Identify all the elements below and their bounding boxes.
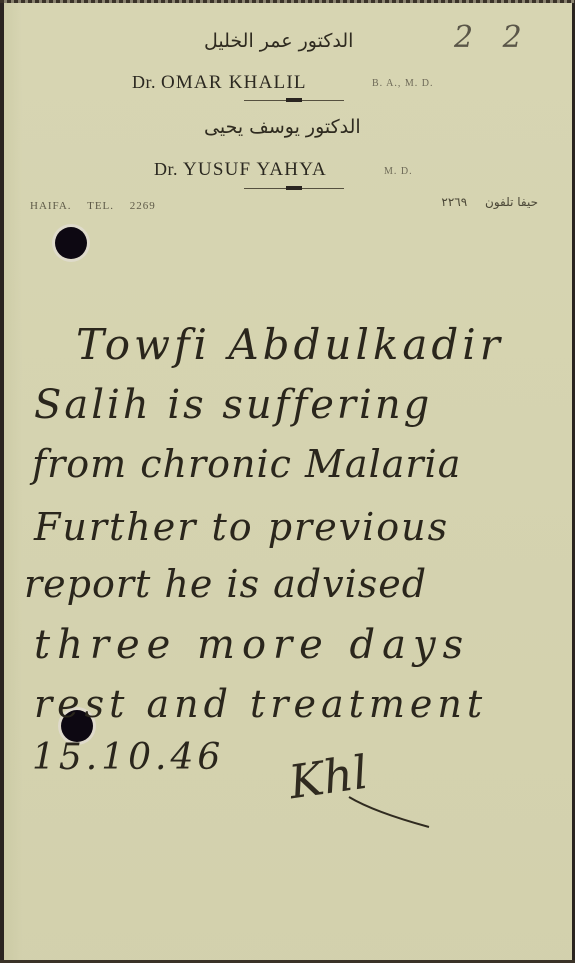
note-date: 15.10.46	[32, 737, 224, 778]
document-page: 2 2 الدكتور عمر الخليل Dr. OMAR KHALIL B…	[4, 2, 572, 960]
note-line-2: Salih is suffering	[34, 382, 432, 428]
handwritten-note: Towfi Abdulkadir Salih is suffering from…	[4, 2, 572, 960]
note-line-3: from chronic Malaria	[32, 442, 461, 486]
note-line-5: report he is advised	[24, 562, 427, 606]
signature-flourish-icon	[344, 792, 444, 832]
note-line-4: Further to previous	[34, 505, 449, 549]
page-top-edge	[0, 0, 575, 3]
note-line-1: Towfi Abdulkadir	[76, 320, 504, 369]
note-line-7: rest and treatment	[34, 682, 487, 726]
note-line-6: three more days	[34, 622, 470, 668]
